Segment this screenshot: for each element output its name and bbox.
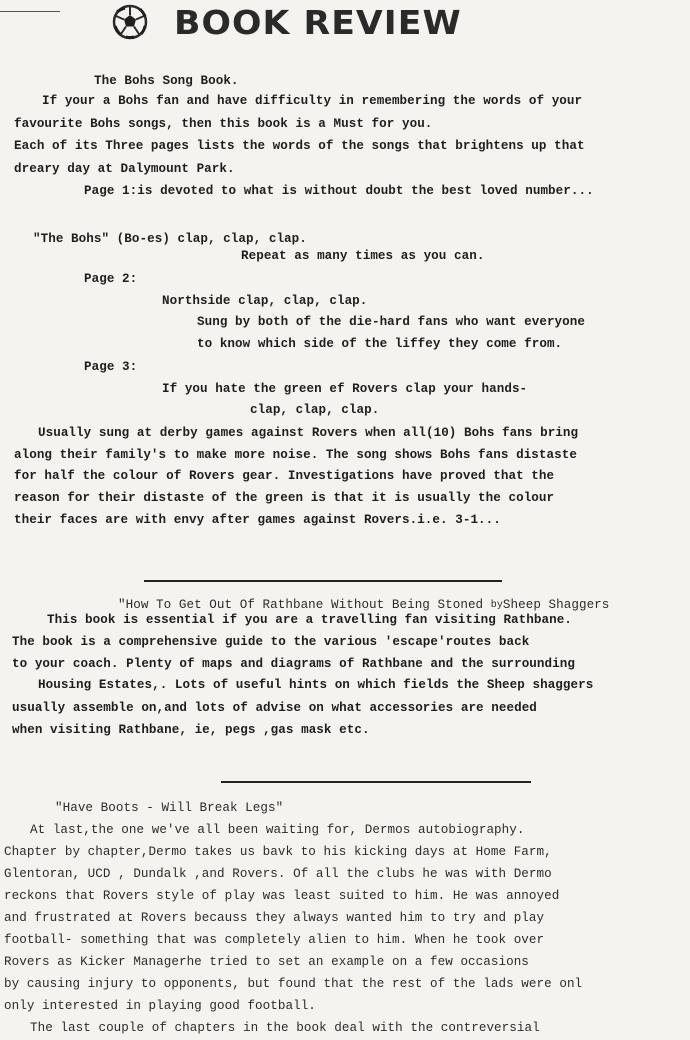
review-text: The last couple of chapters in the book … <box>30 1020 540 1036</box>
song-lyric: "The Bohs" (Bo-es) clap, clap, clap. <box>33 231 307 247</box>
book-review-page: BOOK REVIEW The Bohs Song Book. If your … <box>0 0 690 1040</box>
review-text: their faces are with envy after games ag… <box>14 512 501 528</box>
review-text: reckons that Rovers style of play was le… <box>4 888 559 904</box>
review-title: "Have Boots - Will Break Legs" <box>55 800 283 816</box>
review-text: Usually sung at derby games against Rove… <box>38 425 578 441</box>
review-title: The Bohs Song Book. <box>94 73 239 89</box>
review-text: Glentoran, UCD , Dundalk ,and Rovers. Of… <box>4 866 552 882</box>
football-icon <box>112 4 148 40</box>
review-text: At last,the one we've all been waiting f… <box>30 822 525 838</box>
page-header: BOOK REVIEW <box>112 0 448 44</box>
song-lyric: Northside clap, clap, clap. <box>162 293 367 309</box>
review-text: along their family's to make more noise.… <box>14 447 577 463</box>
by-text: by <box>491 600 503 611</box>
page-label: Page 2: <box>84 271 137 287</box>
review-author: Sheep Shaggers <box>503 598 610 612</box>
review-text: If your a Bohs fan and have difficulty i… <box>42 93 582 109</box>
review-text: football- something that was completely … <box>4 932 544 948</box>
song-note: Sung by both of the die-hard fans who wa… <box>197 314 585 330</box>
review-text: dreary day at Dalymount Park. <box>14 161 235 177</box>
review-text: when visiting Rathbane, ie, pegs ,gas ma… <box>12 722 370 738</box>
song-lyric: If you hate the green ef Rovers clap you… <box>162 381 527 397</box>
review-title-text: "How To Get Out Of Rathbane Without Bein… <box>118 598 483 612</box>
review-text: Each of its Three pages lists the words … <box>14 138 585 154</box>
song-note: Repeat as many times as you can. <box>241 248 484 264</box>
review-text: for half the colour of Rovers gear. Inve… <box>14 468 554 484</box>
review-text: reason for their distaste of the green i… <box>14 490 554 506</box>
section-divider <box>144 580 502 582</box>
review-text: by causing injury to opponents, but foun… <box>4 976 582 992</box>
review-text: Page 1:is devoted to what is without dou… <box>84 183 594 199</box>
page-title: BOOK REVIEW <box>174 3 462 42</box>
page-label: Page 3: <box>84 359 137 375</box>
review-text: to your coach. Plenty of maps and diagra… <box>12 656 575 672</box>
review-text: Rovers as Kicker Managerhe tried to set … <box>4 954 529 970</box>
header-rule <box>0 11 60 12</box>
review-text: usually assemble on,and lots of advise o… <box>12 700 537 716</box>
review-text: The book is a comprehensive guide to the… <box>12 634 529 650</box>
review-text: Housing Estates,. Lots of useful hints o… <box>38 677 593 693</box>
review-text: Chapter by chapter,Dermo takes us bavk t… <box>4 844 552 860</box>
song-note: to know which side of the liffey they co… <box>197 336 562 352</box>
section-divider <box>221 781 531 783</box>
review-text: favourite Bohs songs, then this book is … <box>14 116 432 132</box>
song-lyric: clap, clap, clap. <box>250 402 379 418</box>
review-text: and frustrated at Rovers becauss they al… <box>4 910 544 926</box>
review-text: This book is essential if you are a trav… <box>47 612 572 628</box>
review-text: only interested in playing good football… <box>4 998 316 1014</box>
